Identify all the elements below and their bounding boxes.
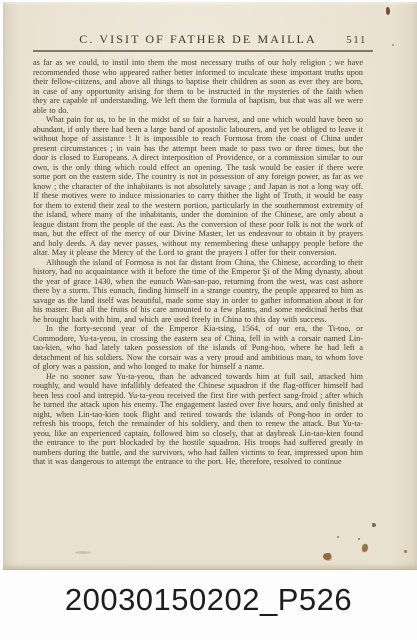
scanned-document-page: C. VISIT OF FATHER DE MAILLA 511 as far … bbox=[0, 0, 417, 640]
stain-spot bbox=[386, 7, 390, 15]
stain-spot bbox=[372, 523, 376, 527]
stain-spot bbox=[362, 544, 368, 552]
paragraph-continuation: as far as we could, to instil into them … bbox=[33, 58, 363, 115]
page-number: 511 bbox=[346, 34, 367, 46]
paragraph: He no sooner saw Yu-ta-yeou, than he adv… bbox=[33, 372, 363, 467]
stain-spot bbox=[404, 550, 407, 553]
paragraph: In the forty-second year of the Emperor … bbox=[33, 324, 363, 372]
body-text-column: as far as we could, to instil into them … bbox=[33, 58, 363, 467]
stain-spot bbox=[337, 536, 339, 538]
book-page-scan: C. VISIT OF FATHER DE MAILLA 511 as far … bbox=[3, 2, 417, 570]
stain-spot bbox=[323, 553, 331, 560]
scan-label-strip: 20030150202_P526 bbox=[0, 570, 417, 640]
stain-spot bbox=[358, 538, 360, 540]
scan-id-label: 20030150202_P526 bbox=[65, 582, 352, 618]
paragraph: What pain for us, to be in the midst of … bbox=[33, 115, 363, 258]
running-header-title: C. VISIT OF FATHER DE MAILLA bbox=[33, 32, 363, 47]
header-rule bbox=[33, 50, 373, 52]
paragraph: Although the island of Formosa is not fa… bbox=[33, 258, 363, 325]
stain-spot bbox=[392, 44, 394, 46]
running-header: C. VISIT OF FATHER DE MAILLA 511 bbox=[33, 32, 363, 47]
stain-spot bbox=[75, 551, 91, 554]
